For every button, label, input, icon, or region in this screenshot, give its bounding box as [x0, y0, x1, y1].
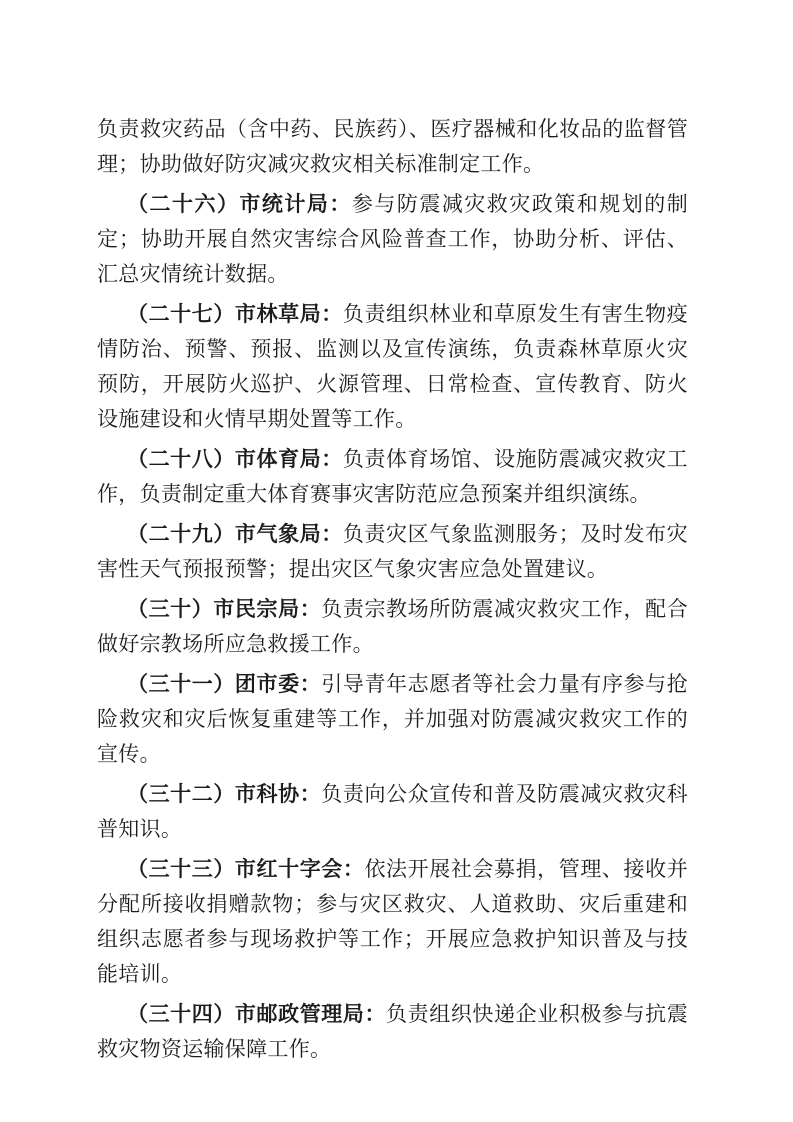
section-heading: （三十四）市邮政管理局： — [127, 1002, 386, 1026]
paragraph-section-27: （二十七）市林草局：负责组织林业和草原发生有害生物疫情防治、预警、预报、监测以及… — [97, 297, 688, 437]
paragraph-section-28: （二十八）市体育局：负责体育场馆、设施防震减灾救灾工作，负责制定重大体育赛事灾害… — [97, 442, 688, 512]
section-heading: （三十一）团市委： — [127, 672, 321, 696]
document-page: 负责救灾药品（含中药、民族药）、医疗器械和化妆品的监督管理；协助做好防灾减灾救灾… — [0, 0, 793, 1122]
section-heading: （二十六）市统计局： — [127, 192, 352, 216]
section-heading: （三十三）市红十字会： — [127, 857, 364, 881]
document-text-block: 负责救灾药品（含中药、民族药）、医疗器械和化妆品的监督管理；协助做好防灾减灾救灾… — [97, 112, 688, 1067]
paragraph-section-29: （二十九）市气象局：负责灾区气象监测服务；及时发布灾害性天气预报预警；提出灾区气… — [97, 517, 688, 587]
paragraph-section-26: （二十六）市统计局：参与防震减灾救灾政策和规划的制定；协助开展自然灾害综合风险普… — [97, 187, 688, 292]
paragraph-section-33: （三十三）市红十字会：依法开展社会募捐，管理、接收并分配所接收捐赠款物；参与灾区… — [97, 852, 688, 992]
paragraph-section-31: （三十一）团市委：引导青年志愿者等社会力量有序参与抢险救灾和灾后恢复重建等工作，… — [97, 667, 688, 772]
section-heading: （二十七）市林草局： — [127, 302, 343, 326]
section-heading: （三十二）市科协： — [127, 782, 321, 806]
paragraph-section-32: （三十二）市科协：负责向公众宣传和普及防震减灾救灾科普知识。 — [97, 777, 688, 847]
section-heading: （三十）市民宗局： — [127, 597, 321, 621]
paragraph-continuation: 负责救灾药品（含中药、民族药）、医疗器械和化妆品的监督管理；协助做好防灾减灾救灾… — [97, 112, 688, 182]
section-heading: （二十九）市气象局： — [127, 522, 343, 546]
section-heading: （二十八）市体育局： — [127, 447, 343, 471]
paragraph-section-34: （三十四）市邮政管理局：负责组织快递企业积极参与抗震救灾物资运输保障工作。 — [97, 997, 688, 1067]
paragraph-text: 负责救灾药品（含中药、民族药）、医疗器械和化妆品的监督管理；协助做好防灾减灾救灾… — [97, 117, 688, 176]
paragraph-section-30: （三十）市民宗局：负责宗教场所防震减灾救灾工作，配合做好宗教场所应急救援工作。 — [97, 592, 688, 662]
